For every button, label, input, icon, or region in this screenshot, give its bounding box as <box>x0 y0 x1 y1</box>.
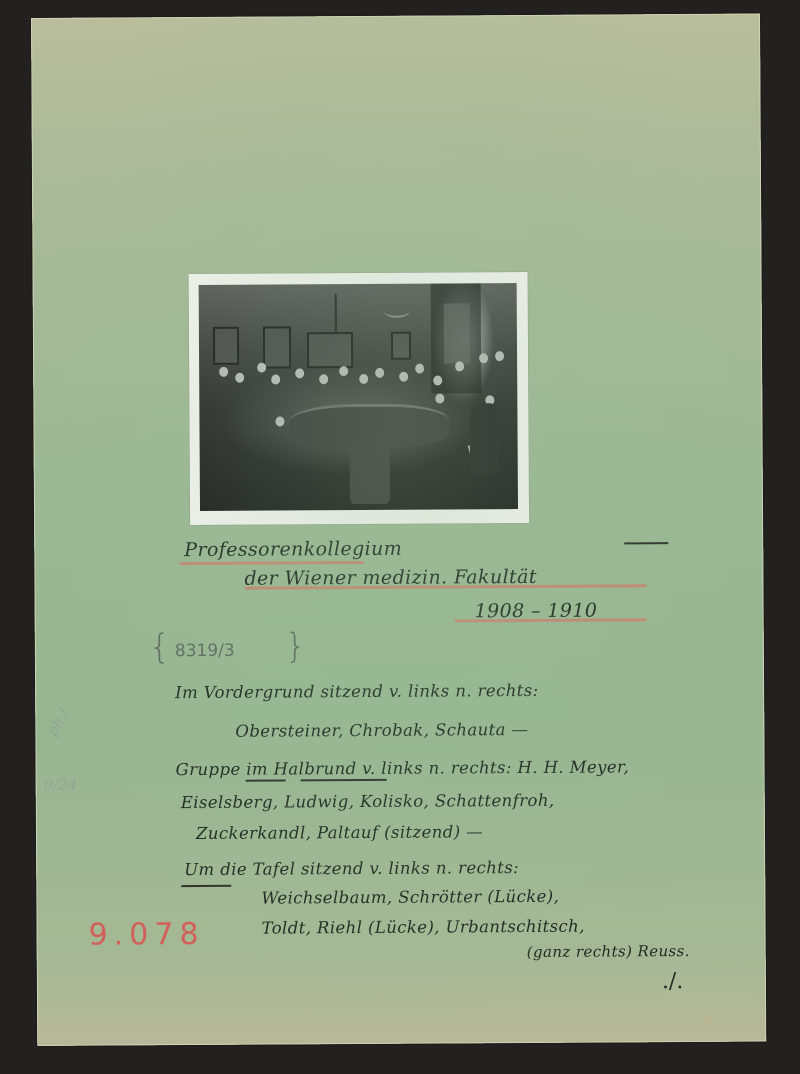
description-line: Im Vordergrund sitzend v. links n. recht… <box>175 681 539 702</box>
figure <box>275 416 284 426</box>
description-line: Um die Tafel sitzend v. links n. rechts: <box>184 858 519 879</box>
wall-portrait <box>213 327 239 365</box>
figure <box>271 374 280 384</box>
figure <box>435 393 444 403</box>
end-mark: ./. <box>662 969 684 994</box>
word-underline <box>301 779 387 781</box>
title-line-1: Professorenkollegium <box>184 538 402 561</box>
description-line: (ganz rechts) Reuss. <box>527 942 690 961</box>
title-underline <box>455 618 647 622</box>
wall-portrait <box>307 332 353 368</box>
figure <box>257 363 266 373</box>
figure <box>375 368 384 378</box>
chandelier <box>335 294 337 334</box>
word-underline <box>181 885 231 887</box>
description-line: Weichselbaum, Schrötter (Lücke), <box>261 887 559 908</box>
wall-portrait <box>391 332 411 360</box>
figure <box>399 372 408 382</box>
description-line: Obersteiner, Chrobak, Schauta — <box>235 720 528 741</box>
brace-left: { <box>149 627 171 667</box>
wall-portrait <box>263 326 291 368</box>
title-underline <box>179 561 364 565</box>
mount-card: Professorenkollegium der Wiener medizin.… <box>31 14 766 1046</box>
figure <box>433 375 442 385</box>
figure <box>339 366 348 376</box>
figure <box>235 373 244 383</box>
description-line: Zuckerkandl, Paltauf (sitzend) — <box>196 822 483 843</box>
figure <box>495 351 504 361</box>
figure-body <box>350 434 390 504</box>
photograph <box>199 283 518 511</box>
description-line: Toldt, Riehl (Lücke), Urbantschitsch, <box>262 917 585 938</box>
figure <box>455 361 464 371</box>
figure <box>295 368 304 378</box>
brace-right: } <box>285 626 307 666</box>
mark-line <box>624 542 668 544</box>
word-underline <box>246 779 286 781</box>
description-line: Gruppe im Halbrund v. links n. rechts: H… <box>176 757 630 779</box>
pencil-note: 0/24 <box>44 776 78 794</box>
inventory-stamp: 9.078 <box>88 917 204 953</box>
photo-mount <box>189 272 530 525</box>
figure <box>219 367 228 377</box>
figure <box>319 374 328 384</box>
figure <box>415 364 424 374</box>
pencil-note: ph.! <box>43 704 74 739</box>
corner-mark: P <box>703 1014 713 1030</box>
figure <box>359 374 368 384</box>
description-line: Eiselsberg, Ludwig, Kolisko, Schattenfro… <box>181 791 555 812</box>
figure-body <box>469 403 499 473</box>
chandelier <box>384 304 410 318</box>
archive-number: 8319/3 <box>175 641 235 661</box>
figure <box>479 353 488 363</box>
